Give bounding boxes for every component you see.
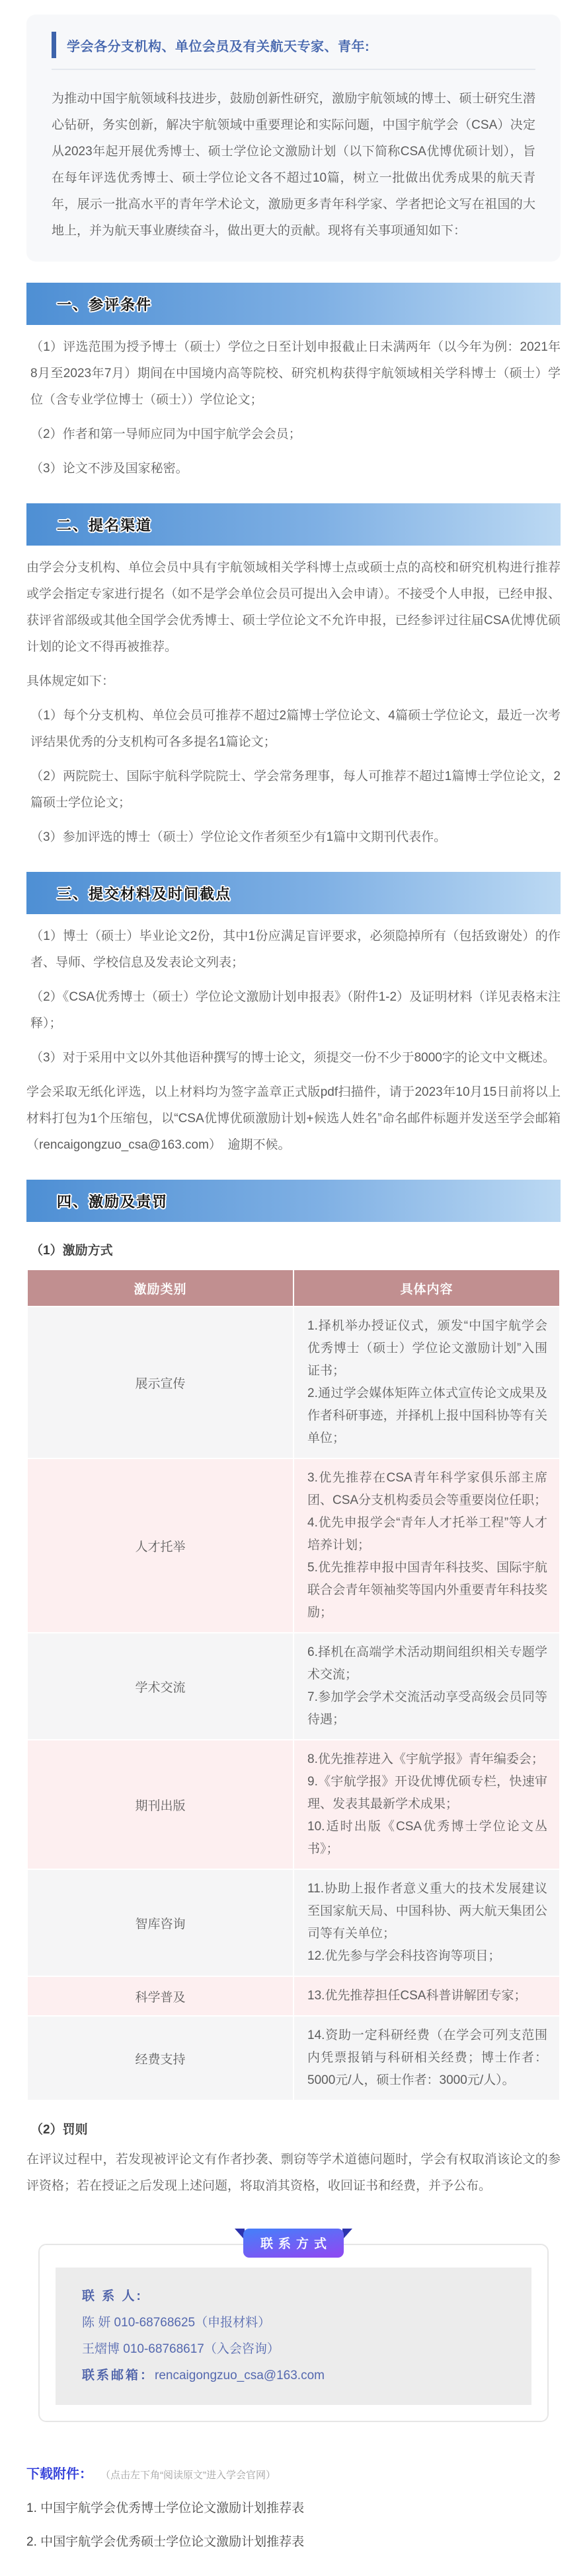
section-title-3: 三、提交材料及时间截点 — [57, 883, 231, 904]
greeting-heading: 学会各分支机构、单位会员及有关航天专家、青年: — [52, 32, 535, 70]
table-header-content: 具体内容 — [293, 1270, 560, 1306]
penalty-heading: （2）罚则 — [26, 2120, 561, 2137]
content-line: 5.优先推荐申报中国青年科技奖、国际宇航联合会青年领袖奖等国内外重要青年科技奖励… — [307, 1557, 547, 1624]
numbered-item: （3）参加评选的博士（硕士）学位论文作者须至少有1篇中文期刊代表作。 — [26, 824, 561, 851]
category-cell: 智库咨询 — [27, 1869, 293, 1976]
content-line: 9.《宇航学报》开设优博优硕专栏，快速审理、发表其最新学术成果； — [307, 1771, 547, 1816]
section-banner-3: 三、提交材料及时间截点 — [26, 872, 561, 914]
content-line: 10.适时出版《CSA优秀博士学位论文丛书》； — [307, 1816, 547, 1861]
content-line: 13.优先推荐担任CSA科普讲解团专家； — [307, 1985, 547, 2007]
section-banner-1: 一、参评条件 — [26, 283, 561, 325]
content-line: 2.通过学会媒体矩阵立体式宣传论文成果及作者科研事迹，并择机上报中国科协等有关单… — [307, 1382, 547, 1450]
greeting-text: 学会各分支机构、单位会员及有关航天专家、青年: — [67, 36, 370, 55]
contact-person-1: 陈 妍 010-68768625（申报材料） — [82, 2310, 505, 2336]
table-row: 经费支持 14.资助一定科研经费（在学会可列支范围内凭票报销与科研相关经费；博士… — [27, 2016, 560, 2100]
content-line: 12.优先参与学会科技咨询等项目； — [307, 1945, 547, 1968]
category-cell: 科学普及 — [27, 1976, 293, 2016]
content-cell: 8.优先推荐进入《宇航学报》青年编委会； 9.《宇航学报》开设优博优硕专栏，快速… — [293, 1740, 560, 1869]
lead-paragraph: 由学会分支机构、单位会员中具有宇航领域相关学科博士点或硕士点的高校和研究机构进行… — [26, 555, 561, 661]
content-line: 1.择机举办授证仪式，颁发“中国宇航学会优秀博士（硕士）学位论文激励计划”入围证… — [307, 1315, 547, 1382]
incentive-heading: （1）激励方式 — [26, 1240, 561, 1258]
content-line: 11.协助上报作者意义重大的技术发展建议至国家航天局、中国科协、两大航天集团公司… — [307, 1878, 547, 1945]
download-title: 下载附件： — [26, 2463, 93, 2482]
table-row: 人才托举 3.优先推荐在CSA青年科学家俱乐部主席团、CSA分支机构委员会等重要… — [27, 1458, 560, 1633]
sub-lead: 具体规定如下： — [26, 668, 561, 695]
content-cell: 13.优先推荐担任CSA科普讲解团专家； — [293, 1976, 560, 2016]
category-cell: 展示宣传 — [27, 1306, 293, 1458]
incentive-table: 激励类别 具体内容 展示宣传 1.择机举办授证仪式，颁发“中国宇航学会优秀博士（… — [26, 1269, 561, 2101]
table-row: 学术交流 6.择机在高端学术活动期间组织相关专题学术交流； 7.参加学会学术交流… — [27, 1633, 560, 1740]
contact-email: rencaigongzuo_csa@163.com — [155, 2369, 325, 2382]
submission-note: 学会采取无纸化评选，以上材料均为签字盖章正式版pdf扫描件，请于2023年10月… — [26, 1079, 561, 1159]
contact-email-label: 联系邮箱： — [82, 2369, 155, 2382]
section-banner-2: 二、提名渠道 — [26, 503, 561, 546]
content-line: 7.参加学会学术交流活动享受高级会员同等待遇； — [307, 1686, 547, 1731]
contact-ribbon-label: 联系方式 — [243, 2229, 344, 2258]
table-row: 智库咨询 11.协助上报作者意义重大的技术发展建议至国家航天局、中国科协、两大航… — [27, 1869, 560, 1976]
numbered-item: （1）评选范围为授予博士（硕士）学位之日至计划申报截止日未满两年（以今年为例：2… — [26, 334, 561, 413]
numbered-item: （2）《CSA优秀博士（硕士）学位论文激励计划申报表》（附件1-2）及证明材料（… — [26, 984, 561, 1037]
section-3-content: （1）博士（硕士）毕业论文2份，其中1份应满足盲评要求，必须隐掉所有（包括致谢处… — [26, 923, 561, 1159]
content-cell: 14.资助一定科研经费（在学会可列支范围内凭票报销与科研相关经费；博士作者：50… — [293, 2016, 560, 2100]
download-note: （点击左下角“阅读原文”进入学会官网） — [100, 2468, 276, 2482]
table-header-row: 激励类别 具体内容 — [27, 1270, 560, 1306]
section-2-content: 由学会分支机构、单位会员中具有宇航领域相关学科博士点或硕士点的高校和研究机构进行… — [26, 555, 561, 851]
contact-card: 联 系 人: 陈 妍 010-68768625（申报材料） 王熠博 010-68… — [38, 2244, 549, 2422]
section-title-4: 四、激励及责罚 — [57, 1191, 168, 1211]
content-cell: 1.择机举办授证仪式，颁发“中国宇航学会优秀博士（硕士）学位论文激励计划”入围证… — [293, 1306, 560, 1458]
contact-person-2: 王熠博 010-68768617（入会咨询） — [82, 2336, 505, 2363]
category-cell: 人才托举 — [27, 1458, 293, 1633]
numbered-item: （3）论文不涉及国家秘密。 — [26, 456, 561, 482]
intro-paragraph: 为推动中国宇航领域科技进步，鼓励创新性研究，激励宇航领域的博士、硕士研究生潜心钻… — [52, 86, 535, 244]
contact-ribbon: 联系方式 — [0, 2229, 587, 2258]
contact-info-box: 联 系 人: 陈 妍 010-68768625（申报材料） 王熠博 010-68… — [56, 2268, 531, 2405]
download-section: 下载附件： （点击左下角“阅读原文”进入学会官网） 1. 中国宇航学会优秀博士学… — [26, 2463, 561, 2576]
numbered-item: （1）博士（硕士）毕业论文2份，其中1份应满足盲评要求，必须隐掉所有（包括致谢处… — [26, 923, 561, 976]
content-cell: 11.协助上报作者意义重大的技术发展建议至国家航天局、中国科协、两大航天集团公司… — [293, 1869, 560, 1976]
content-line: 8.优先推荐进入《宇航学报》青年编委会； — [307, 1748, 547, 1771]
intro-card: 学会各分支机构、单位会员及有关航天专家、青年: 为推动中国宇航领域科技进步，鼓励… — [26, 15, 561, 262]
contact-person-label: 联 系 人: — [82, 2283, 505, 2310]
content-line: 6.择机在高端学术活动期间组织相关专题学术交流； — [307, 1641, 547, 1686]
content-cell: 6.择机在高端学术活动期间组织相关专题学术交流； 7.参加学会学术交流活动享受高… — [293, 1633, 560, 1740]
table-row: 期刊出版 8.优先推荐进入《宇航学报》青年编委会； 9.《宇航学报》开设优博优硕… — [27, 1740, 560, 1869]
numbered-item: （1）每个分支机构、单位会员可推荐不超过2篇博士学位论文、4篇硕士学位论文，最近… — [26, 703, 561, 756]
ribbon-fold-right-icon — [342, 2229, 352, 2240]
attachment-item-2: 2. 中国宇航学会优秀硕士学位论文激励计划推荐表 — [26, 2532, 561, 2550]
category-cell: 经费支持 — [27, 2016, 293, 2100]
content-line: 14.资助一定科研经费（在学会可列支范围内凭票报销与科研相关经费；博士作者：50… — [307, 2024, 547, 2092]
section-title-1: 一、参评条件 — [57, 294, 152, 314]
table-header-category: 激励类别 — [27, 1270, 293, 1306]
numbered-item: （2）作者和第一导师应同为中国宇航学会会员； — [26, 421, 561, 448]
section-title-2: 二、提名渠道 — [57, 515, 152, 535]
category-cell: 学术交流 — [27, 1633, 293, 1740]
attachment-item-1: 1. 中国宇航学会优秀博士学位论文激励计划推荐表 — [26, 2498, 561, 2516]
content-line: 4.优先申报学会“青年人才托举工程”等人才培养计划； — [307, 1512, 547, 1557]
numbered-item: （2）两院院士、国际宇航科学院院士、学会常务理事，每人可推荐不超过1篇博士学位论… — [26, 764, 561, 816]
content-line: 3.优先推荐在CSA青年科学家俱乐部主席团、CSA分支机构委员会等重要岗位任职； — [307, 1467, 547, 1512]
article-body: 学会各分支机构、单位会员及有关航天专家、青年: 为推动中国宇航领域科技进步，鼓励… — [0, 15, 587, 2576]
section-1-content: （1）评选范围为授予博士（硕士）学位之日至计划申报截止日未满两年（以今年为例：2… — [26, 334, 561, 482]
table-row: 展示宣传 1.择机举办授证仪式，颁发“中国宇航学会优秀博士（硕士）学位论文激励计… — [27, 1306, 560, 1458]
table-row: 科学普及 13.优先推荐担任CSA科普讲解团专家； — [27, 1976, 560, 2016]
penalty-paragraph: 在评议过程中，若发现被评论文有作者抄袭、剽窃等学术道德问题时，学会有权取消该论文… — [26, 2147, 561, 2200]
category-cell: 期刊出版 — [27, 1740, 293, 1869]
heading-accent-bar — [52, 32, 56, 58]
contact-email-line: 联系邮箱：rencaigongzuo_csa@163.com — [82, 2363, 505, 2389]
section-banner-4: 四、激励及责罚 — [26, 1180, 561, 1222]
content-cell: 3.优先推荐在CSA青年科学家俱乐部主席团、CSA分支机构委员会等重要岗位任职；… — [293, 1458, 560, 1633]
numbered-item: （3）对于采用中文以外其他语种撰写的博士论文，须提交一份不少于8000字的论文中… — [26, 1045, 561, 1071]
